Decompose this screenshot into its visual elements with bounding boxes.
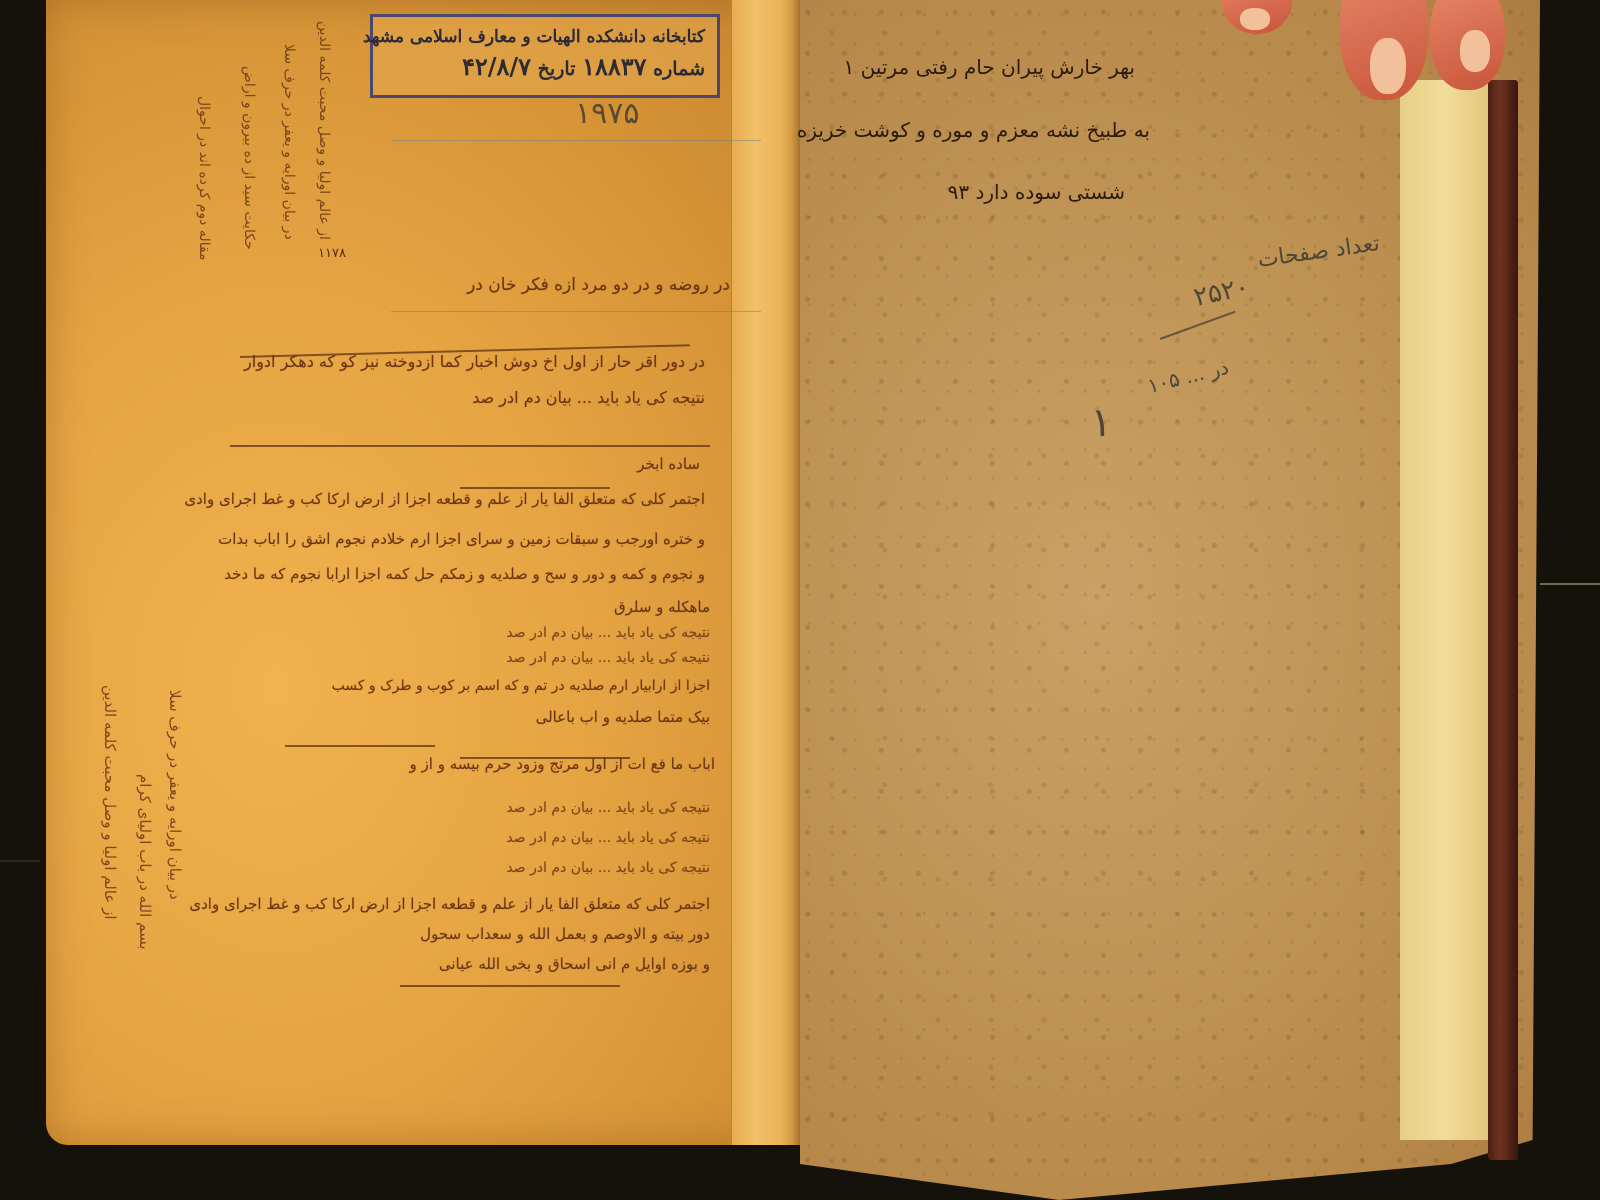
manuscript-line: ساده ابخر <box>600 455 700 473</box>
ink-rule <box>230 445 710 447</box>
manuscript-table-row: نتیجه کی یاد باید ... بیان دم ادر صد <box>230 650 710 666</box>
manuscript-line: و ختره اورجب و سبقات زمین و سرای اجزا ار… <box>215 530 705 548</box>
manuscript-line: نتیجه کی یاد باید ... بیان دم ادر صد <box>235 388 705 407</box>
stamp-date-label: تاریخ <box>538 58 576 80</box>
page-edge-strip <box>1400 80 1490 1140</box>
stamp-number-line: شماره ۱۸۸۳۷ تاریخ ۴۲/۸/۷ <box>385 51 705 85</box>
manuscript-line: اباب ما فع ات از اول مرتج وزود حرم بیسه … <box>215 755 715 773</box>
manuscript-table-row: نتیجه کی یاد باید ... بیان دم ادر صد <box>230 625 710 641</box>
marginal-year: ۱۱۷۸ <box>318 246 346 261</box>
manuscript-line: و بوزه اوایل م انی اسحاق و بخی الله عیان… <box>215 955 710 973</box>
ink-rule <box>285 745 435 747</box>
fingernail <box>1370 38 1406 94</box>
floor-tile-seam <box>0 860 40 862</box>
stamp-number: ۱۸۸۳۷ <box>582 52 646 81</box>
library-stamp: کتابخانه دانشکده الهیات و معارف اسلامی م… <box>370 14 720 98</box>
margin-note: از عالم اولیا و وصل محبت کلمه الدین <box>316 30 332 240</box>
manuscript-line: اجتمر کلی که متعلق الفا یار از علم و قطع… <box>215 490 705 508</box>
fingernail <box>1240 8 1270 30</box>
stamp-library-name: کتابخانه دانشکده الهیات و معارف اسلامی م… <box>385 23 705 51</box>
ink-note-line: بهر خارش پیران حام رفتی مرتین ۱ <box>835 55 1135 79</box>
manuscript-line: ماهکله و سلرق <box>600 598 710 616</box>
manuscript-line: اجزا از ارابیار ارم صلدیه در تم و که اسم… <box>230 678 710 694</box>
manuscript-line: در دور اقر حار از اول اخ دوش اخبار کما ا… <box>230 352 705 371</box>
margin-note: در بیان اورایه و یعفر در حرف سلا <box>166 380 184 900</box>
ink-note-line: به طبیخ نشه معزم و موره و کوشت خریزه <box>840 118 1150 142</box>
ink-note-line: شستی سوده دارد ۹۳ <box>920 180 1125 204</box>
ink-rule <box>400 985 620 987</box>
manuscript-line: و نجوم و کمه و دور و سح و صلدیه و زمکم ح… <box>215 565 705 583</box>
margin-note: حکایت سید از ده بیرون و اراض <box>241 50 257 250</box>
pencil-bracket: ۱ <box>1082 400 1112 446</box>
margin-note: مقاله دوم کرده اند در احوال <box>196 20 212 260</box>
floor-tile-seam <box>1540 583 1600 585</box>
leather-binding-edge <box>1488 80 1518 1160</box>
manuscript-table-row: نتیجه کی یاد باید ... بیان دم ادر صد <box>230 860 710 876</box>
manuscript-line: بیک متما صلدیه و اب باعالی <box>270 708 710 726</box>
right-page <box>800 0 1540 1200</box>
margin-note: از عالم اولیا و وصل محبت کلمه الدین <box>101 360 119 920</box>
manuscript-line: در روضه و در دو مرد ازه فکر خان در <box>330 275 730 295</box>
pencil-catalog-number: ۱۹۷۵ <box>575 96 639 131</box>
manuscript-table-row: نتیجه کی یاد باید ... بیان دم ادر صد <box>230 830 710 846</box>
margin-note: بسم الله در باب اولیای کرام <box>136 300 154 950</box>
manuscript-line: دور بیته و الاوصم و بعمل الله و سعداب سح… <box>215 925 710 943</box>
manuscript-table-row: نتیجه کی یاد باید ... بیان دم ادر صد <box>230 800 710 816</box>
ink-rule <box>460 487 610 489</box>
stamp-number-label: شماره <box>653 58 705 80</box>
fingernail <box>1460 30 1490 72</box>
stamp-date: ۴۲/۸/۷ <box>462 52 531 81</box>
manuscript-line: اجتمر کلی که متعلق الفا یار از علم و قطع… <box>215 895 710 913</box>
margin-note: در بیان اورایه و یعفر در حرف سلا <box>281 40 297 240</box>
